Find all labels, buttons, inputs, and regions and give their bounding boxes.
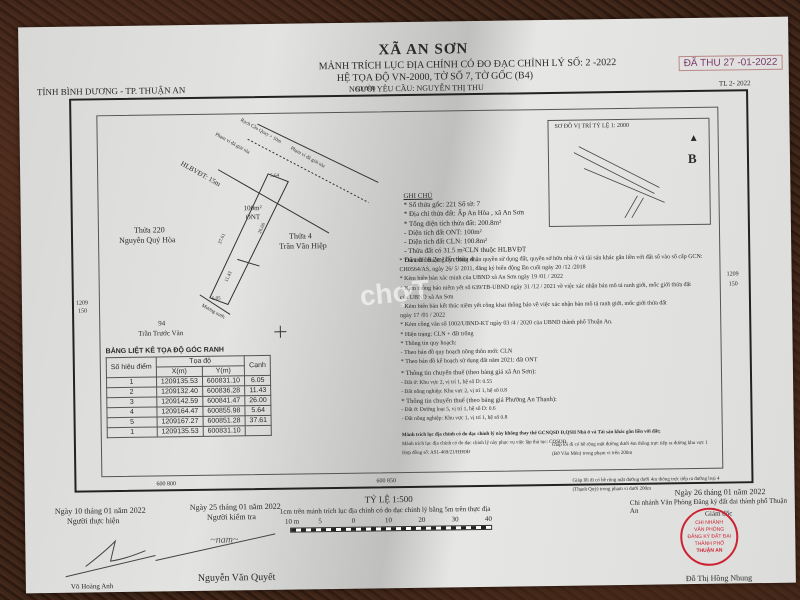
coordinate-system: HỆ TỌA ĐỘ VN-2000, TỜ SỐ 7, TỜ GỐC (B4): [337, 70, 533, 84]
location-sketch: SƠ ĐỒ VỊ TRÍ TỶ LỆ 1: 2000 ▲ B: [547, 118, 710, 227]
scale-tick-label: 5: [318, 517, 322, 525]
table-cell-y: 600836.28: [202, 386, 244, 397]
table-cell-x: 1209135.53: [157, 426, 203, 437]
table-cell-y: 600831.10: [203, 426, 245, 437]
notes-section: GHI CHÚ * Số thửa gốc: 221 Số tờ: 7 * Đị…: [403, 190, 526, 265]
grid-tick-left-bottom: 150: [78, 308, 87, 314]
checker-signature: ~nam~: [210, 534, 238, 545]
seal-line: THUẬN AN: [682, 547, 736, 555]
tax-1-aside: Giáp lối đi có bề rộng mặt đường dưới 4m…: [552, 439, 712, 460]
document-title: MẢNH TRÍCH LỤC ĐỊA CHÍNH CÓ ĐO ĐẠC CHỈNH…: [319, 57, 617, 72]
province-label: TỈNH BÌNH DƯƠNG - TP. THUẬN AN: [37, 85, 186, 97]
table-cell-y: 600855.98: [203, 406, 245, 417]
table-cell-edge: 26.00: [245, 395, 272, 405]
table-cell-point: 1: [106, 377, 156, 388]
performer-date: Ngày 10 tháng 01 năm 2022: [55, 506, 146, 516]
edge-label-4: 5.64: [270, 172, 279, 181]
table-cell-x: 1209132.40: [156, 386, 202, 397]
table-cell-y: 600841.47: [203, 396, 245, 407]
performer-name: Võ Hoàng Anh: [71, 582, 113, 591]
neighbor-east-owner: Trần Văn Hiệp: [279, 241, 327, 251]
scale-tick-label: 0: [352, 517, 356, 525]
grid-tick-left-top: 1209: [76, 300, 88, 306]
col-y: Y(m): [202, 366, 244, 377]
table-cell-point: 3: [107, 397, 157, 408]
table-cell-x: 1209135.53: [156, 376, 202, 387]
table-cell-edge: 6.05: [244, 375, 271, 385]
table-cell-y: 600851.28: [203, 416, 245, 427]
scale-tick-label: 30: [452, 515, 459, 523]
table-cell-point: 2: [107, 387, 157, 398]
neighbor-west-owner: Nguyễn Quý Hòa: [119, 235, 176, 245]
scale-tick-label: 20: [418, 516, 425, 524]
scale-bar: 10 m5010203040 m: [290, 515, 490, 536]
scale-description: 1cm trên mảnh trích lục địa chính có đo …: [280, 505, 491, 516]
scale-tick-label: 10 m: [285, 518, 299, 526]
performer-role: Người thực hiện: [67, 516, 120, 526]
table-cell-point: 1: [107, 427, 157, 438]
reference-code: TL 2- 2022: [719, 79, 751, 87]
grid-tick-bottom-left: 600 800: [156, 481, 176, 487]
col-point: Số hiệu điểm: [106, 357, 156, 378]
edge-label-1: 6.05: [212, 295, 221, 304]
approver-name: Đỗ Thị Hồng Nhung: [686, 573, 752, 583]
notes-continued: * Thửa đất thuộc giấy chứng nhận quyền s…: [399, 253, 705, 458]
scale-title: TỶ LỆ 1:500: [365, 494, 413, 505]
neighbor-west-parcel: Thửa 220: [134, 225, 165, 234]
checker-role: Người kiểm tra: [207, 512, 256, 522]
approver-date: Ngày 26 tháng 01 năm 2022: [675, 487, 766, 497]
official-seal: CHI NHÁNH VĂN PHÒNG ĐĂNG KÝ ĐẤT ĐAI THÀN…: [680, 507, 739, 566]
received-stamp: ĐÃ THU 27 -01-2022: [679, 55, 783, 71]
neighbor-south-owner: Trần Trước Văn: [138, 329, 183, 338]
north-label: B: [688, 151, 697, 167]
table-cell-edge: 5.64: [245, 405, 272, 415]
parcel-use-label: ONT: [246, 213, 261, 222]
checker-name: Nguyễn Văn Quyết: [198, 572, 276, 584]
commune-title: XÃ AN SƠN: [378, 41, 468, 59]
table-cell-point: 4: [107, 407, 157, 418]
coordinate-table-title: BẢNG LIỆT KÊ TỌA ĐỘ GÓC RANH: [106, 346, 272, 355]
table-cell-edge: 11.43: [245, 385, 272, 395]
grid-tick-right-bottom: 150: [729, 281, 738, 287]
neighbor-south-parcel: 94: [158, 319, 165, 327]
grid-tick-right-top: 1209: [727, 271, 739, 277]
note-line: * Địa chỉ thửa đất: Ấp An Hòa , xã An Sơ…: [404, 209, 526, 220]
coordinate-table-section: BẢNG LIỆT KÊ TỌA ĐỘ GÓC RANH Số hiệu điể…: [106, 346, 273, 438]
checker-date: Ngày 25 tháng 01 năm 2022: [190, 502, 281, 512]
document-sheet: XÃ AN SƠN MẢNH TRÍCH LỤC ĐỊA CHÍNH CÓ ĐO…: [18, 17, 796, 594]
north-arrow-icon: ▲: [689, 133, 699, 144]
table-cell-x: 1209164.47: [157, 406, 203, 417]
col-x: X(m): [156, 366, 202, 377]
coordinate-table: Số hiệu điểm Tọa độ Cạnh X(m) Y(m) 11209…: [106, 355, 273, 438]
location-sketch-title: SƠ ĐỒ VỊ TRÍ TỶ LỆ 1: 2000: [554, 123, 629, 130]
table-cell-edge: [245, 425, 272, 435]
col-edge: Cạnh: [244, 355, 271, 375]
scale-tick-label: 10: [385, 516, 392, 524]
table-cell-x: 1209167.27: [157, 416, 203, 427]
table-cell-y: 600831.10: [202, 376, 244, 387]
grid-tick-bottom-mid: 600 850: [376, 478, 396, 484]
location-sketch-drawing: [569, 137, 680, 219]
grid-tick-top: 600 800: [356, 86, 376, 92]
neighbor-east-parcel: Thửa 4: [289, 231, 312, 240]
table-cell-x: 1209142.59: [157, 396, 203, 407]
scale-bar-graphic: [290, 525, 492, 533]
table-row: 11209135.53600831.10: [107, 425, 272, 437]
table-cell-edge: 37.61: [245, 415, 272, 425]
